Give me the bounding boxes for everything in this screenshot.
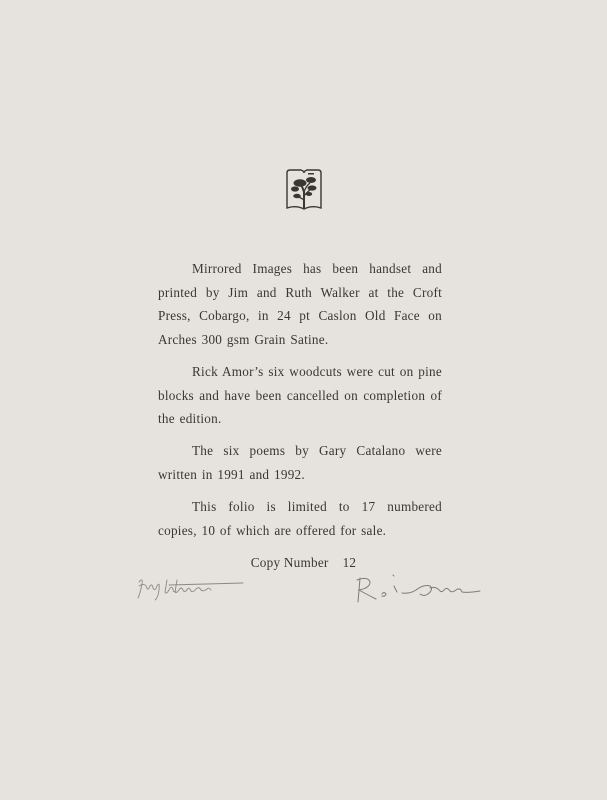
paragraph-printing: Mirrored Images has been handset and pri… [158,257,442,351]
paragraph-woodcuts: Rick Amor’s six woodcuts were cut on pin… [158,360,442,431]
copy-number-value: 12 [343,555,357,570]
paragraph-edition-limit: This folio is limited to 17 numbered cop… [158,495,442,542]
colophon-text: Mirrored Images has been handset and pri… [158,257,442,551]
paragraph-poems: The six poems by Gary Catalano were writ… [158,439,442,486]
signature-gary-catalano [133,572,255,604]
copy-number: Copy Number12 [0,555,607,571]
copy-number-label: Copy Number [251,555,329,570]
tree-in-book-icon [284,166,324,214]
signature-rick-amor [350,572,494,608]
